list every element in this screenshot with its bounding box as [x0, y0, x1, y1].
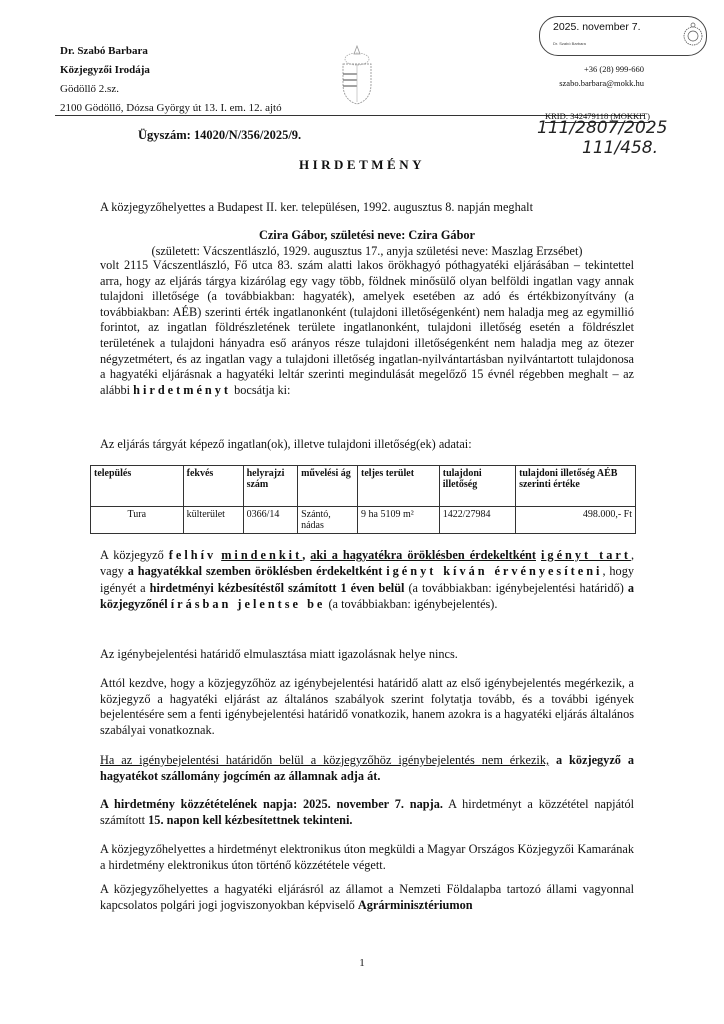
paragraph-5: Ha az igénybejelentési határidőn belül a… [100, 753, 634, 784]
case-number: Ügyszám: 14020/N/356/2025/9. [138, 128, 301, 143]
table-cell: Tura [91, 507, 184, 534]
contact-info: +36 (28) 999-660 szabo.barbara@mokk.hu [559, 62, 644, 90]
property-table: településfekvéshelyrajzi számművelési ág… [90, 465, 636, 534]
table-cell: 498.000,- Ft [516, 507, 636, 534]
table-header: tulajdoni illetőség [439, 466, 515, 507]
page-number: 1 [0, 957, 724, 969]
table-row: Turakülterület0366/14Szántó, nádas9 ha 5… [91, 507, 636, 534]
paragraph-8: A közjegyzőhelyettes a hagyatéki eljárás… [100, 882, 634, 913]
handwritten-reference-2: 111/458. [582, 140, 658, 157]
document-title: HIRDETMÉNY [0, 157, 724, 173]
deceased-block: Czira Gábor, születési neve: Czira Gábor… [100, 228, 634, 259]
table-cell: Szántó, nádas [298, 507, 358, 534]
table-cell: 9 ha 5109 m² [358, 507, 440, 534]
paragraph-4: Attól kezdve, hogy a közjegyzőhöz az igé… [100, 676, 634, 738]
phone: +36 (28) 999-660 [559, 62, 644, 76]
seal-icon [682, 22, 704, 48]
handwritten-reference: 111/2807/2025 [537, 120, 667, 137]
paragraph-1: volt 2115 Vácszentlászló, Fő utca 83. sz… [100, 258, 634, 398]
deceased-birth: (született: Vácszentlászló, 1929. augusz… [100, 244, 634, 260]
email: szabo.barbara@mokk.hu [559, 76, 644, 90]
paragraph-3: Az igénybejelentési határidő elmulasztás… [100, 647, 634, 663]
hirdetmeny-emphasis: hirdetményt [133, 383, 231, 397]
stamp-signer: Dr. Szabó Barbara [553, 41, 586, 46]
coat-of-arms-icon [336, 44, 378, 106]
deceased-name: Czira Gábor, születési neve: Czira Gábor [100, 228, 634, 244]
notary-office: Közjegyzői Irodája [60, 61, 282, 80]
table-header: teljes terület [358, 466, 440, 507]
paragraph-2: A közjegyző felhív mindenkit, aki a hagy… [100, 547, 634, 612]
table-cell: 1422/27984 [439, 507, 515, 534]
stamp-date: 2025. november 7. [553, 21, 641, 33]
table-intro: Az eljárás tárgyát képező ingatlan(ok), … [100, 437, 634, 453]
table-header: helyrajzi szám [243, 466, 298, 507]
table-header: fekvés [183, 466, 243, 507]
intro-paragraph: A közjegyzőhelyettes a Budapest II. ker.… [100, 200, 634, 216]
paragraph-7: A közjegyzőhelyettes a hirdetményt elekt… [100, 842, 634, 873]
notary-name: Dr. Szabó Barbara [60, 42, 282, 61]
table-cell: külterület [183, 507, 243, 534]
notary-seat: Gödöllő 2.sz. [60, 80, 282, 99]
table-header: tulajdoni illetőség AÉB szerinti értéke [516, 466, 636, 507]
paragraph-6: A hirdetmény közzétételének napja: 2025.… [100, 797, 634, 828]
letterhead: Dr. Szabó Barbara Közjegyzői Irodája Göd… [60, 42, 282, 118]
table-cell: 0366/14 [243, 507, 298, 534]
table-header: település [91, 466, 184, 507]
table-header: művelési ág [298, 466, 358, 507]
